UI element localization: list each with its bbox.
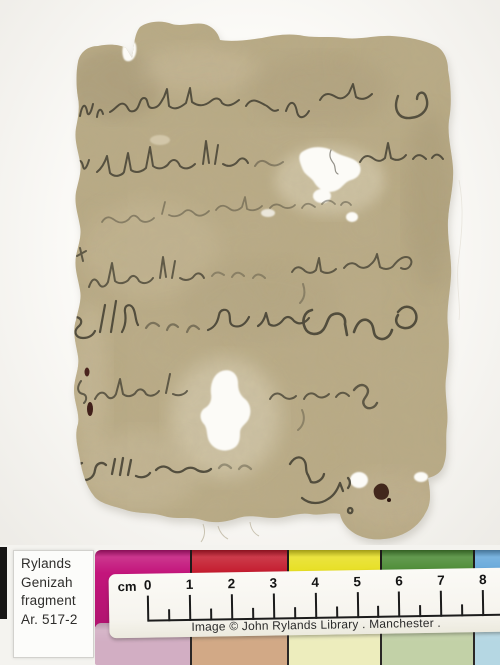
ruler-number-0: 0 [137, 577, 159, 592]
ruler-number-4: 4 [304, 575, 326, 590]
manuscript-fragment [0, 0, 500, 548]
label-line-2: Genizah [21, 574, 93, 593]
ruler-major-tick [189, 595, 191, 621]
ruler-major-tick [147, 596, 149, 622]
label-line-1: Rylands [21, 555, 93, 574]
ruler-unit-label: cm [118, 579, 137, 594]
bottom-strip: Rylands Genizah fragment Ar. 517-2 cm 01… [0, 545, 500, 665]
shelfmark-label: Rylands Genizah fragment Ar. 517-2 [13, 550, 94, 658]
ruler-major-tick [314, 593, 316, 619]
ruler-number-8: 8 [472, 572, 494, 587]
ruler-major-tick [440, 591, 442, 617]
hole-bottom-right-1 [350, 472, 368, 488]
ruler-major-tick [273, 594, 275, 620]
copyright-text: Image © John Rylands Library . Mancheste… [191, 616, 441, 634]
ruler-number-2: 2 [220, 576, 242, 591]
ruler: cm 012345678 Image © John Rylands Librar… [108, 568, 500, 639]
ink-blot-left-2 [87, 402, 93, 416]
ruler-number-5: 5 [346, 574, 368, 589]
photo-area [0, 0, 500, 548]
ruler-number-7: 7 [430, 573, 452, 588]
ruler-number-3: 3 [262, 575, 284, 590]
label-line-3: fragment [21, 592, 93, 611]
ruler-major-tick [356, 592, 358, 618]
fragment-surface [60, 10, 470, 548]
ruler-number-6: 6 [388, 573, 410, 588]
ruler-number-1: 1 [178, 577, 200, 592]
ruler-major-tick [398, 591, 400, 617]
digitized-manuscript-page: Rylands Genizah fragment Ar. 517-2 cm 01… [0, 0, 500, 665]
film-edge-strip [0, 547, 7, 619]
ruler-major-tick [482, 590, 484, 616]
label-line-4: Ar. 517-2 [21, 611, 93, 630]
ink-blot-left-1 [85, 368, 90, 377]
hole-bottom-right-2 [414, 472, 428, 482]
ruler-major-tick [231, 594, 233, 620]
